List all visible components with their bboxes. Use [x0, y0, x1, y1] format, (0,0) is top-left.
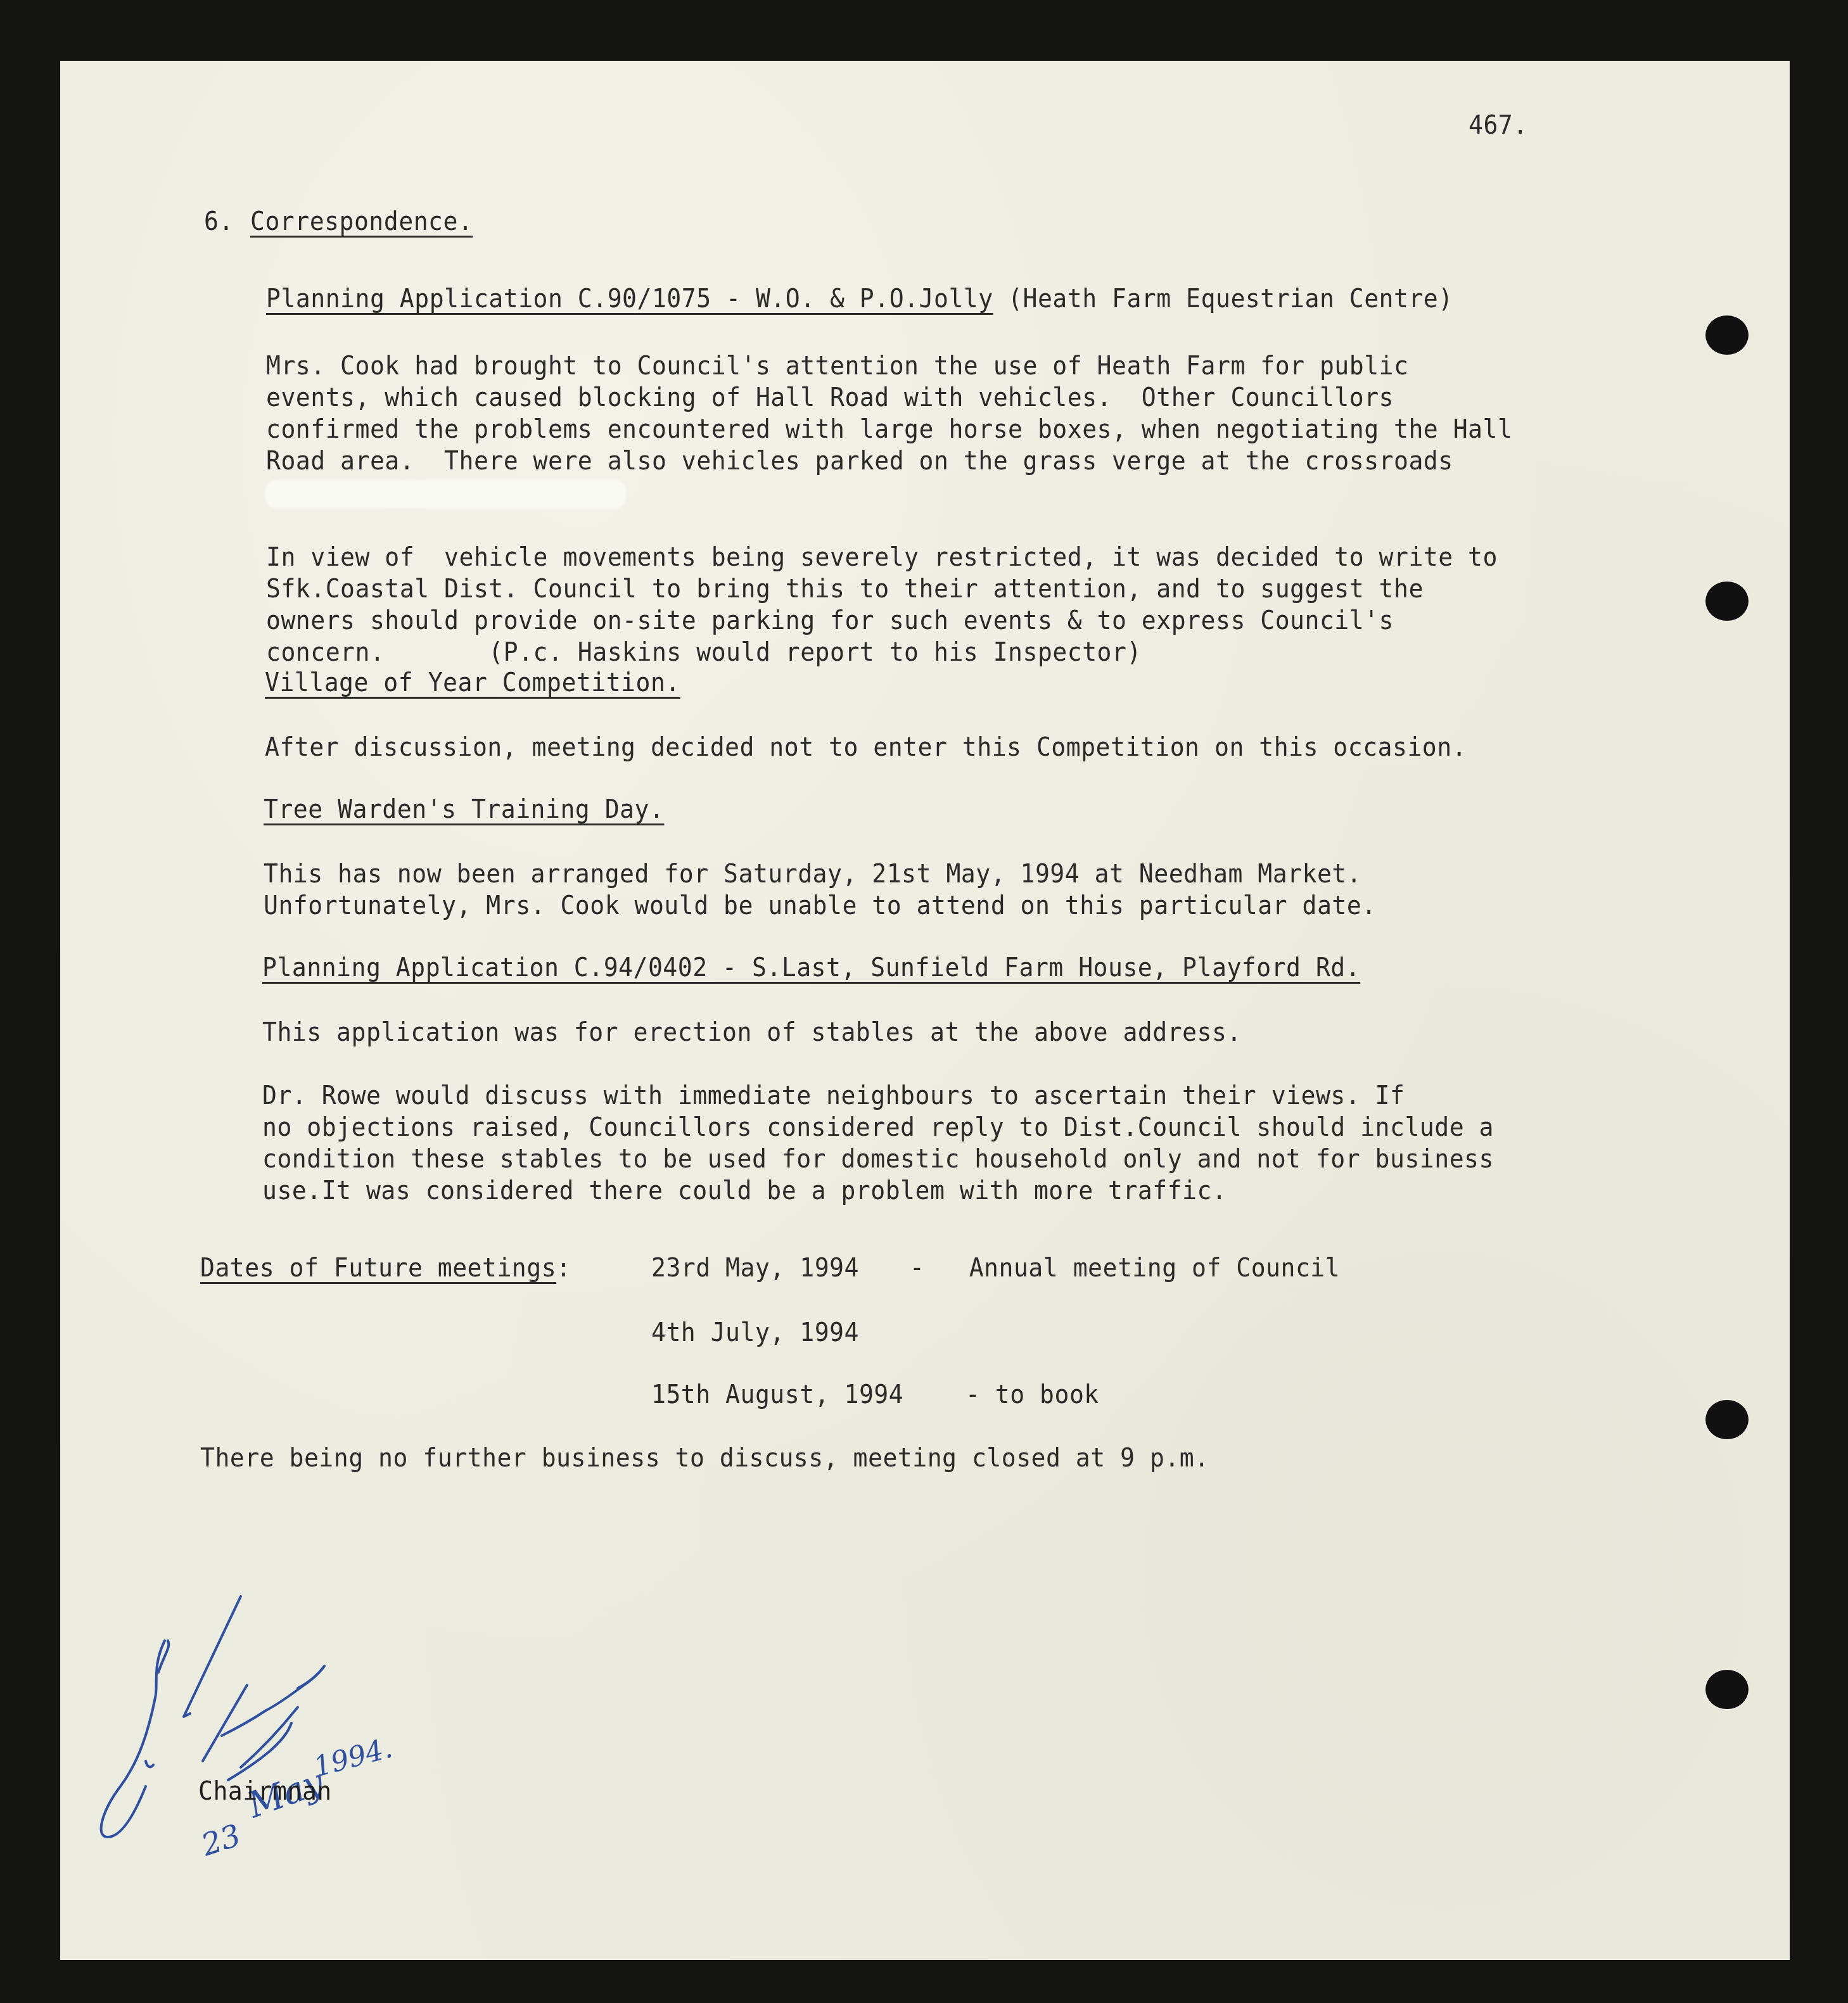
page-number: 467. — [1469, 109, 1528, 141]
punch-hole — [1705, 1670, 1749, 1709]
punch-hole — [1705, 1400, 1749, 1439]
future-meetings-label-text: Dates of Future meetings — [200, 1252, 556, 1283]
paragraph-line: no objections raised, Councillors consid… — [262, 1111, 1494, 1143]
item-heading-suffix: (Heath Farm Equestrian Centre) — [993, 283, 1453, 314]
meeting-date: 23rd May, 1994 — [651, 1252, 859, 1283]
closing-statement: There being no further business to discu… — [200, 1442, 1209, 1473]
paragraph-line: This application was for erection of sta… — [262, 1016, 1242, 1048]
item-heading: Planning Application C.90/1075 - W.O. & … — [266, 283, 1453, 314]
handwritten-day: 23 — [196, 1817, 245, 1862]
paragraph-line: concern. (P.c. Haskins would report to h… — [266, 636, 1142, 668]
chairman-label: Chairmnan — [198, 1775, 332, 1807]
meeting-date: 15th August, 1994 — [651, 1378, 903, 1410]
section-title: Correspondence. — [250, 205, 473, 237]
item-heading: Planning Application C.94/0402 - S.Last,… — [262, 951, 1360, 983]
paragraph-line: Mrs. Cook had brought to Council's atten… — [266, 350, 1408, 381]
item-heading: Village of Year Competition. — [265, 666, 680, 698]
paragraph-line: After discussion, meeting decided not to… — [265, 731, 1467, 763]
paragraph-line: owners should provide on-site parking fo… — [266, 604, 1394, 636]
punch-hole — [1705, 315, 1749, 355]
paragraph-line: In view of vehicle movements being sever… — [266, 541, 1498, 573]
item-heading-underlined: Planning Application C.90/1075 - W.O. & … — [266, 283, 993, 314]
paragraph-line: Sfk.Coastal Dist. Council to bring this … — [266, 573, 1424, 604]
paragraph-line: Road area. There were also vehicles park… — [266, 445, 1453, 476]
paragraph-line: confirmed the problems encountered with … — [266, 413, 1512, 445]
meeting-note: - Annual meeting of Council — [910, 1252, 1340, 1283]
section-number: 6. — [204, 205, 234, 237]
paragraph-line: Unfortunately, Mrs. Cook would be unable… — [264, 889, 1377, 921]
punch-hole — [1705, 582, 1749, 621]
paragraph-line: This has now been arranged for Saturday,… — [264, 858, 1361, 889]
future-meetings-colon: : — [556, 1252, 571, 1283]
chairman-signature: 1994. May 23 — [76, 1571, 646, 1862]
paragraph-line: Dr. Rowe would discuss with immediate ne… — [262, 1079, 1405, 1111]
item-heading: Tree Warden's Training Day. — [264, 793, 664, 825]
paragraph-line: condition these stables to be used for d… — [262, 1143, 1494, 1174]
paragraph-line: use.It was considered there could be a p… — [262, 1174, 1227, 1206]
redacted-area — [265, 480, 626, 508]
meeting-date: 4th July, 1994 — [651, 1316, 859, 1348]
meeting-note: - to book — [965, 1378, 1099, 1410]
paragraph-line: events, which caused blocking of Hall Ro… — [266, 381, 1394, 413]
future-meetings-label: Dates of Future meetings: — [200, 1252, 571, 1283]
